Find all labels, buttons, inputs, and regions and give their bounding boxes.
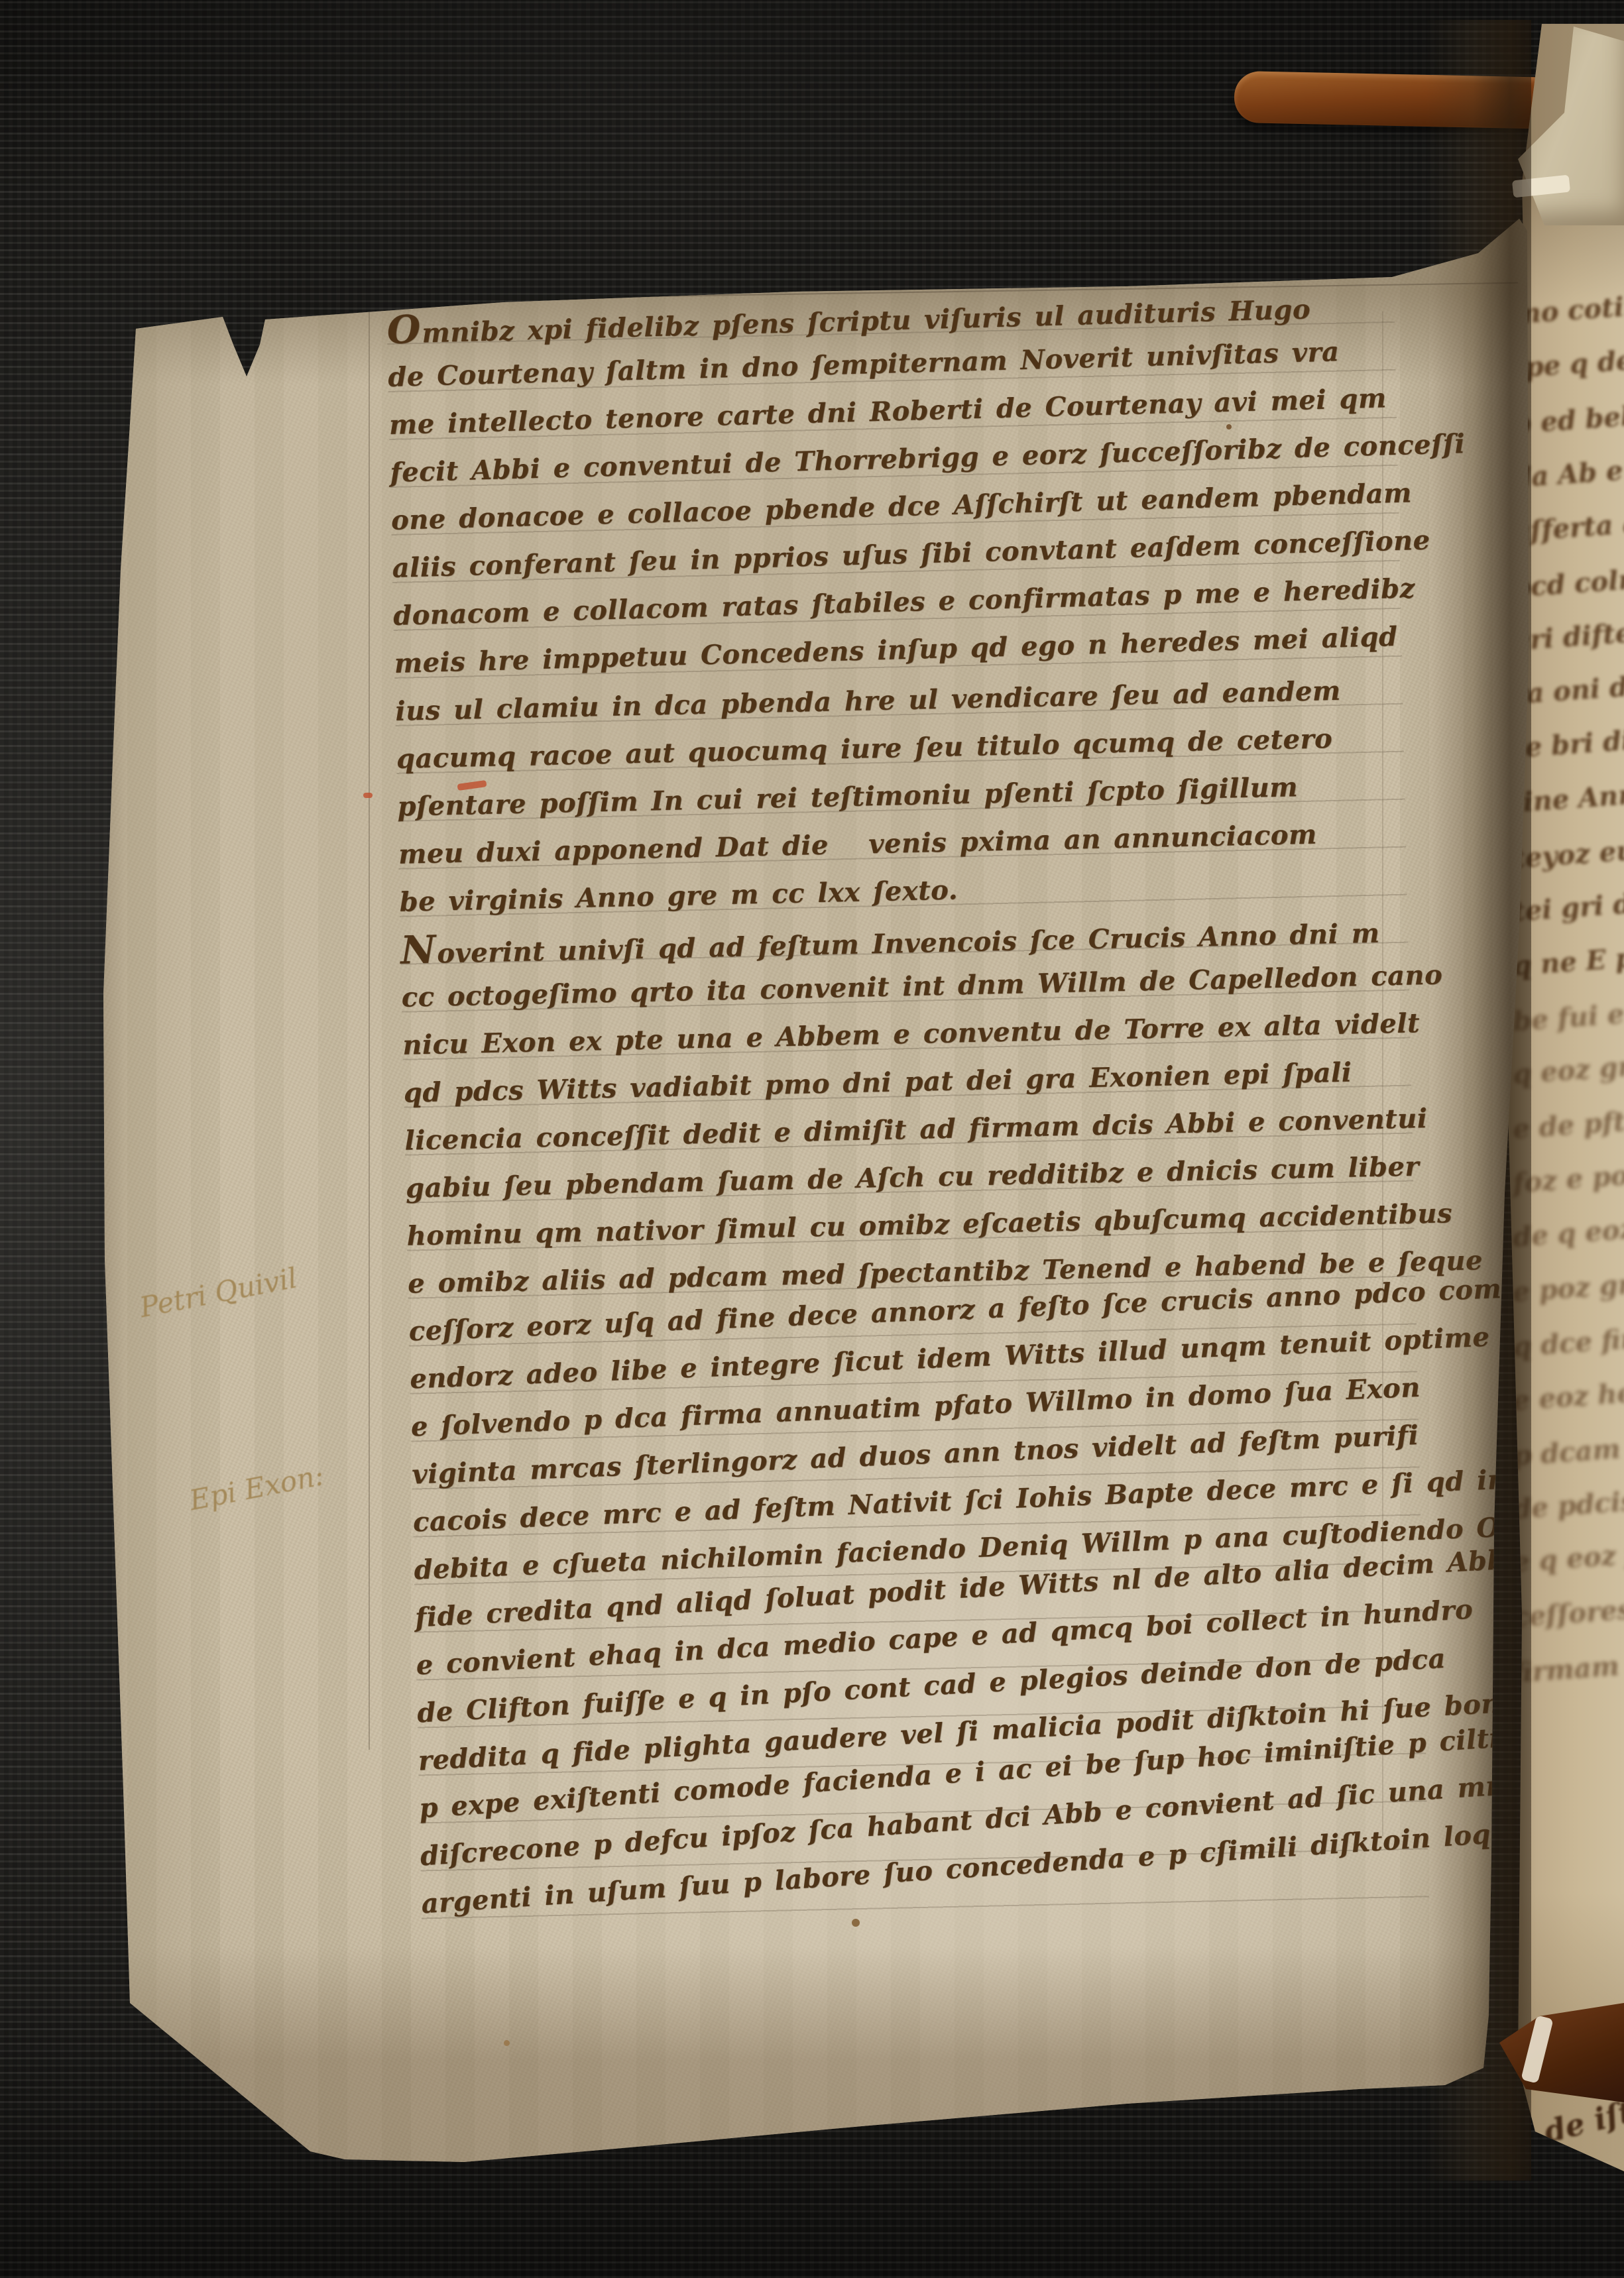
manuscript-photo: mo cotinet oct tpe q deo ſelv b ed belle… bbox=[0, 0, 1624, 2278]
gutter-shadow bbox=[1425, 20, 1531, 2181]
stain-speck bbox=[852, 1919, 860, 1927]
margin-note-line: Epi Exon: bbox=[172, 1440, 341, 1536]
stain-speck bbox=[1226, 424, 1232, 429]
stain-speck bbox=[504, 2040, 510, 2046]
ruled-line-vertical-left-margin bbox=[369, 278, 370, 1750]
text-block: Omnibz xpi fidelibz pſens ſcriptu viſuri… bbox=[386, 284, 1429, 1929]
red-ink-mark bbox=[363, 793, 373, 798]
margin-note-line: Petri Quivil bbox=[134, 1245, 303, 1341]
